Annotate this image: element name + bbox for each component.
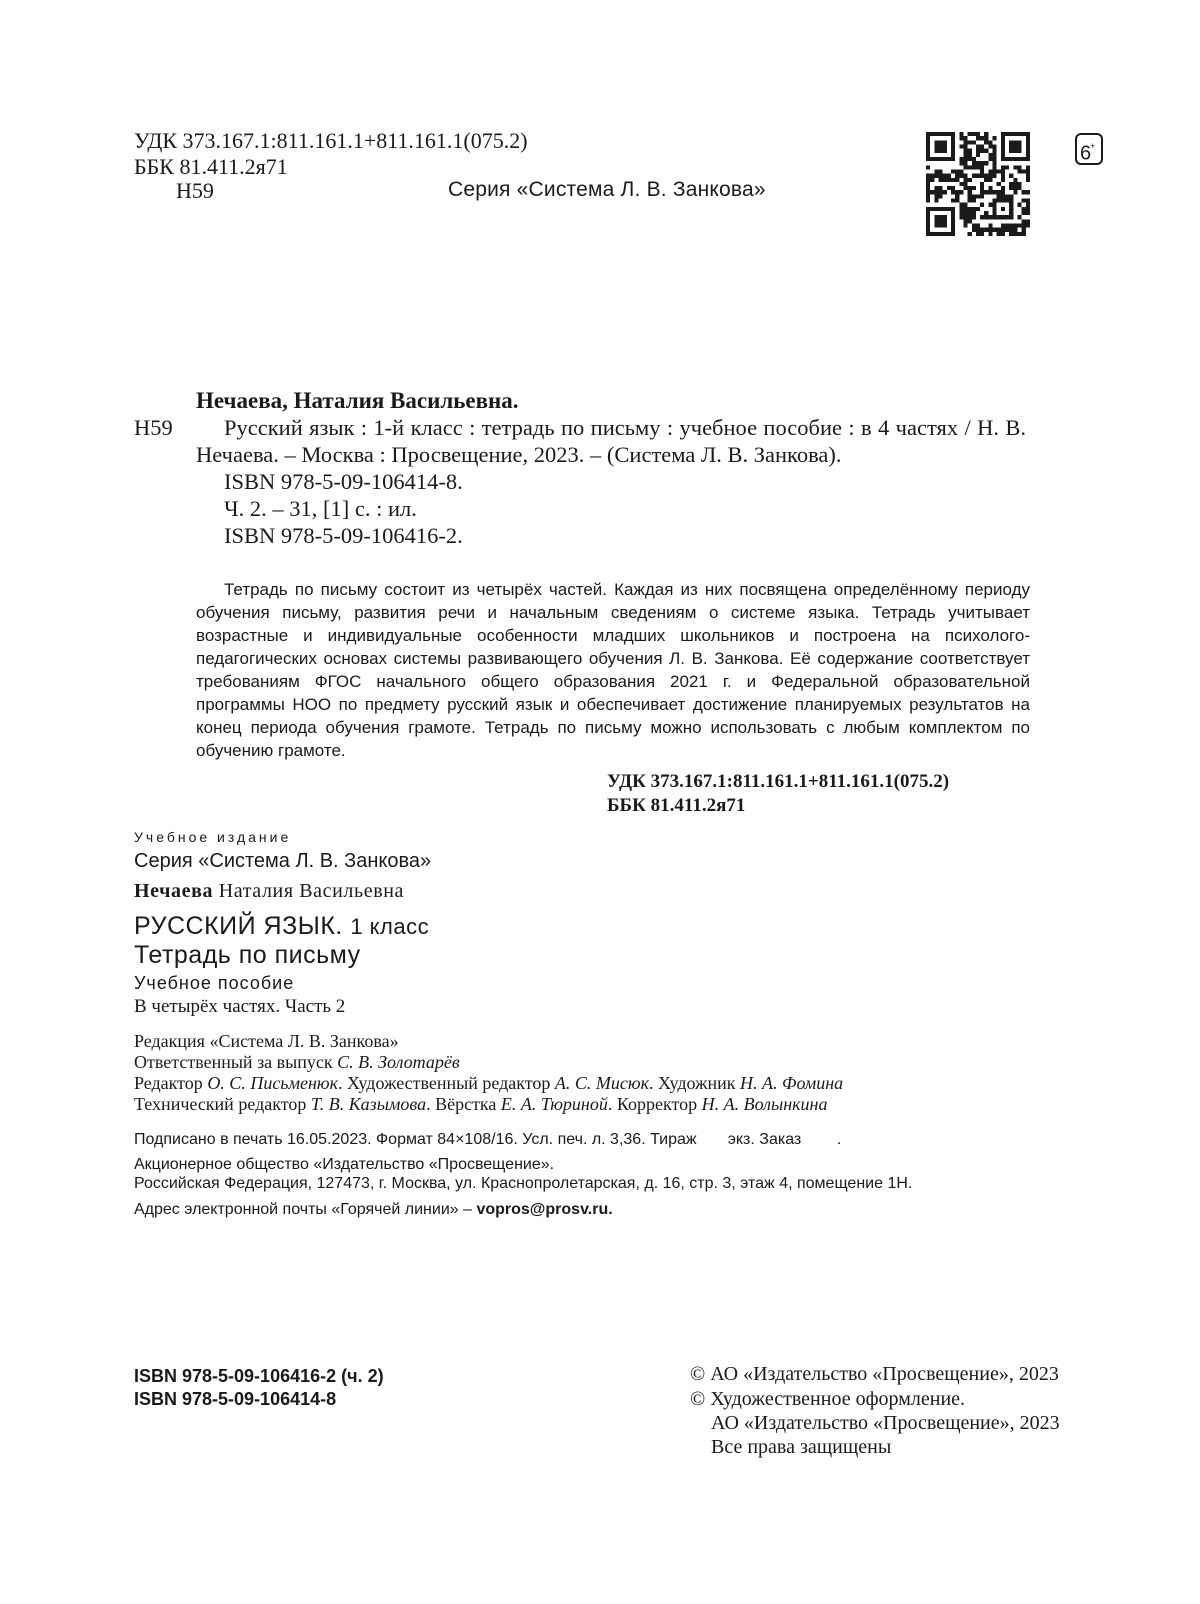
credit-artist-label: Художник <box>658 1073 735 1093</box>
credit-art-editor-label: Художественный редактор <box>347 1073 550 1093</box>
footer-isbn-part: ISBN 978-5-09-106416-2 (ч. 2) <box>134 1364 384 1388</box>
book-type: Учебное пособие <box>134 973 294 994</box>
credit-editor-name: О. С. Письменюк <box>207 1073 338 1093</box>
copyright-publisher: © АО «Издательство «Просвещение», 2023 <box>690 1362 1059 1386</box>
edition-type: Учебное издание <box>134 829 291 845</box>
annotation: Тетрадь по письму состоит из четырёх час… <box>196 578 1030 762</box>
credit-redaction: Редакция «Система Л. В. Занкова» <box>134 1031 399 1052</box>
bib-part-info: Ч. 2. – 31, [1] с. : ил. <box>196 495 1026 522</box>
udk-code: УДК 373.167.1:811.161.1+811.161.1(075.2) <box>134 128 528 154</box>
credit-tech-editor-label: Технический редактор <box>134 1094 306 1114</box>
book-subtitle: Тетрадь по письму <box>134 941 361 969</box>
credit-editors: Редактор О. С. Письменюк. Художественный… <box>134 1073 843 1094</box>
bib-isbn-part: ISBN 978-5-09-106416-2. <box>196 522 1026 549</box>
book-parts: В четырёх частях. Часть 2 <box>134 996 345 1018</box>
credit-proofreader-name: Н. А. Волынкина <box>702 1094 828 1114</box>
imprint-author: Нечаева Наталия Васильевна <box>134 880 404 903</box>
credit-artist-name: Н. А. Фомина <box>740 1073 843 1093</box>
udk-code-bold: УДК 373.167.1:811.161.1+811.161.1(075.2) <box>607 770 949 794</box>
credit-layout-label: Вёрстка <box>435 1094 496 1114</box>
book-title-grade: 1 класс <box>350 914 429 939</box>
copyright-design: © Художественное оформление. <box>690 1387 965 1411</box>
series-title: Серия «Система Л. В. Занкова» <box>448 178 766 202</box>
bib-description: Русский язык : 1-й класс : тетрадь по пи… <box>196 414 1026 468</box>
imprint-author-last: Нечаева <box>134 880 213 902</box>
publisher-address: Российская Федерация, 127473, г. Москва,… <box>134 1174 912 1194</box>
publisher-name: Акционерное общество «Издательство «Прос… <box>134 1155 554 1175</box>
credit-proofreader-label: Корректор <box>617 1094 697 1114</box>
bib-author-mark: Н59 <box>134 414 173 441</box>
bbk-code-bold: ББК 81.411.2я71 <box>607 794 745 818</box>
bib-isbn-set: ISBN 978-5-09-106414-8. <box>196 468 1026 495</box>
copyright-design-holder: АО «Издательство «Просвещение», 2023 <box>711 1411 1060 1435</box>
credit-art-editor-name: А. С. Мисюк <box>555 1073 649 1093</box>
credit-layout-name: Е. А. Тюриной <box>501 1094 608 1114</box>
credit-technical: Технический редактор Т. В. Казымова. Вёр… <box>134 1094 827 1115</box>
hotline-email-link[interactable]: vopros@prosv.ru. <box>476 1201 612 1218</box>
print-info: Подписано в печать 16.05.2023. Формат 84… <box>134 1130 841 1150</box>
credit-responsible-name: С. В. Золотарёв <box>337 1052 460 1072</box>
credit-tech-editor-name: Т. В. Казымова <box>311 1094 426 1114</box>
credit-editor-label: Редактор <box>134 1073 203 1093</box>
age-rating-badge: 6+ <box>1075 133 1103 165</box>
qr-code-icon <box>926 132 1030 236</box>
age-rating-plus: + <box>1090 141 1095 151</box>
imprint-series: Серия «Система Л. В. Занкова» <box>134 850 431 873</box>
credit-responsible-label: Ответственный за выпуск <box>134 1052 333 1072</box>
hotline: Адрес электронной почты «Горячей линии» … <box>134 1200 613 1220</box>
book-title-main: РУССКИЙ ЯЗЫК. <box>134 912 343 940</box>
annotation-text: Тетрадь по письму состоит из четырёх час… <box>196 578 1030 762</box>
credit-responsible: Ответственный за выпуск С. В. Золотарёв <box>134 1052 460 1073</box>
imprint-author-first: Наталия Васильевна <box>219 880 404 902</box>
bib-description-block: Русский язык : 1-й класс : тетрадь по пи… <box>196 425 1026 549</box>
footer-isbn-set: ISBN 978-5-09-106414-8 <box>134 1387 336 1411</box>
book-title: РУССКИЙ ЯЗЫК. 1 класс <box>134 912 429 941</box>
bib-author: Нечаева, Наталия Васильевна. <box>196 387 519 414</box>
author-mark: Н59 <box>176 178 214 204</box>
all-rights-reserved: Все права защищены <box>711 1435 891 1459</box>
hotline-label: Адрес электронной почты «Горячей линии» … <box>134 1201 472 1218</box>
bbk-code: ББК 81.411.2я71 <box>134 154 288 180</box>
